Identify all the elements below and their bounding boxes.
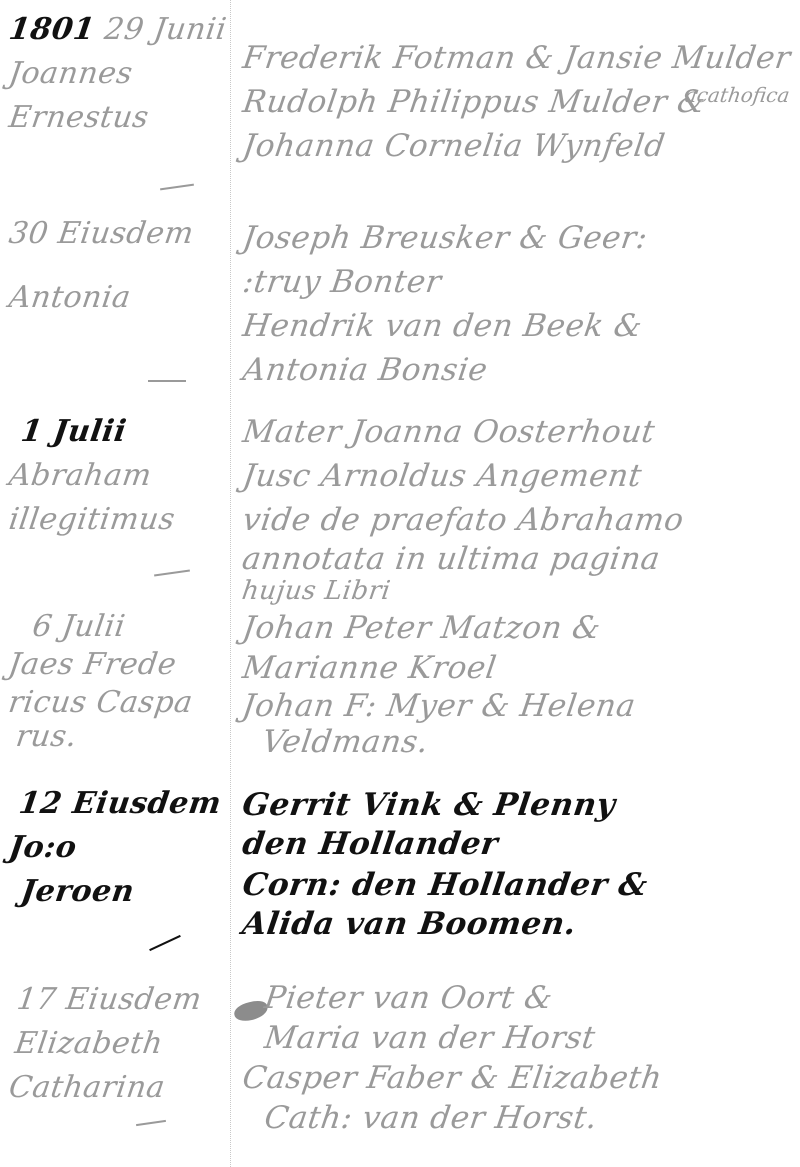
entry-5-line-2: den Hollander [240, 824, 800, 864]
entry-4-line-1: Johan Peter Matzon & [240, 608, 800, 648]
entry-1-line-1: Frederik Fotman & Jansie Mulder [240, 36, 800, 80]
entry-2-date: 30 Eiusdem [6, 212, 234, 256]
entry-5-separator [149, 935, 181, 951]
entry-3-line-5: hujus Libri [240, 576, 800, 606]
entry-3-separator [154, 570, 190, 577]
entry-2-left-column: 30 Eiusdem Antonia [6, 212, 228, 320]
entry-5-line-3: Corn: den Hollander & [240, 864, 800, 906]
entry-6-date: 17 Eiusdem [6, 978, 234, 1022]
entry-1-line-3: Johanna Cornelia Wynfeld [240, 124, 800, 168]
entry-3-line-3: vide de praefato Abrahamo [240, 498, 800, 542]
entry-3-left-column: 1 Julii Abraham illegitimus [6, 410, 228, 542]
entry-2-line-3: Hendrik van den Beek & [240, 304, 800, 348]
entry-4-child-name-3: rus. [6, 722, 232, 752]
entry-3-line-4: annotata in ultima pagina [240, 542, 800, 576]
register-page: 1801 29 Junii Joannes Ernestus Frederik … [0, 0, 800, 1167]
entry-6-left-column: 17 Eiusdem Elizabeth Catharina [6, 978, 228, 1110]
entry-6-child-name-1: Elizabeth [6, 1022, 234, 1066]
entry-3-child-name-1: Abraham [6, 454, 234, 498]
entry-5-line-1: Gerrit Vink & Plenny [240, 786, 800, 824]
entry-3-line-1: Mater Joanna Oosterhout [240, 410, 800, 454]
entry-1-separator [160, 184, 194, 191]
entry-3-line-2: Jusc Arnoldus Angement [240, 454, 800, 498]
entry-2-line-2: :truy Bonter [240, 260, 800, 304]
entry-5-line-4: Alida van Boomen. [240, 906, 800, 942]
entry-2-line-4: Antonia Bonsie [240, 348, 800, 392]
entry-4-right-column: Johan Peter Matzon & Marianne Kroel Joha… [240, 608, 800, 760]
entry-4-child-name-2: ricus Caspa [6, 684, 233, 722]
entry-2-separator [148, 380, 186, 382]
entry-5-child-name-1: Jo:o [6, 826, 234, 870]
entry-6-line-2: Maria van der Horst [262, 1018, 800, 1058]
entry-1-date-line: 1801 29 Junii [6, 8, 234, 52]
entry-1-child-name-1: Joannes [6, 52, 234, 96]
entry-6-child-name-2: Catharina [6, 1066, 234, 1110]
entry-5-date: 12 Eiusdem [6, 782, 234, 826]
entry-6-right-column: Pieter van Oort & Maria van der Horst Ca… [262, 978, 800, 1138]
entry-5-child-name-2: Jeroen [6, 870, 234, 914]
entry-4-date: 6 Julii [6, 608, 233, 646]
entry-6-line-3: Casper Faber & Elizabeth [240, 1058, 800, 1098]
entry-5-right-column: Gerrit Vink & Plenny den Hollander Corn:… [240, 786, 800, 942]
entry-2-right-column: Joseph Breusker & Geer: :truy Bonter Hen… [240, 216, 800, 392]
entry-3-right-column: Mater Joanna Oosterhout Jusc Arnoldus An… [240, 410, 800, 606]
entry-1-annotation: acathofica [683, 84, 791, 106]
entry-6-line-1: Pieter van Oort & [262, 978, 800, 1018]
entry-3-date: 1 Julii [6, 410, 234, 454]
entry-1-left-column: 1801 29 Junii Joannes Ernestus [6, 8, 228, 140]
entry-4-left-column: 6 Julii Jaes Frede ricus Caspa rus. [6, 608, 228, 752]
year-label: 1801 [7, 12, 97, 47]
entry-5-left-column: 12 Eiusdem Jo:o Jeroen [6, 782, 228, 914]
entry-4-child-name-1: Jaes Frede [6, 646, 233, 684]
entry-1-date: 29 Junii [102, 12, 228, 47]
entry-4-line-4: Veldmans. [240, 724, 800, 760]
entry-4-line-2: Marianne Kroel [240, 648, 800, 688]
entry-2-line-1: Joseph Breusker & Geer: [240, 216, 800, 260]
entry-2-child-name-1: Antonia [6, 276, 234, 320]
entry-6-separator [136, 1120, 166, 1126]
entry-6-line-4: Cath: van der Horst. [262, 1098, 800, 1138]
entry-1-child-name-2: Ernestus [6, 96, 234, 140]
entry-4-line-3: Johan F: Myer & Helena [240, 688, 800, 724]
entry-3-child-name-2: illegitimus [6, 498, 234, 542]
